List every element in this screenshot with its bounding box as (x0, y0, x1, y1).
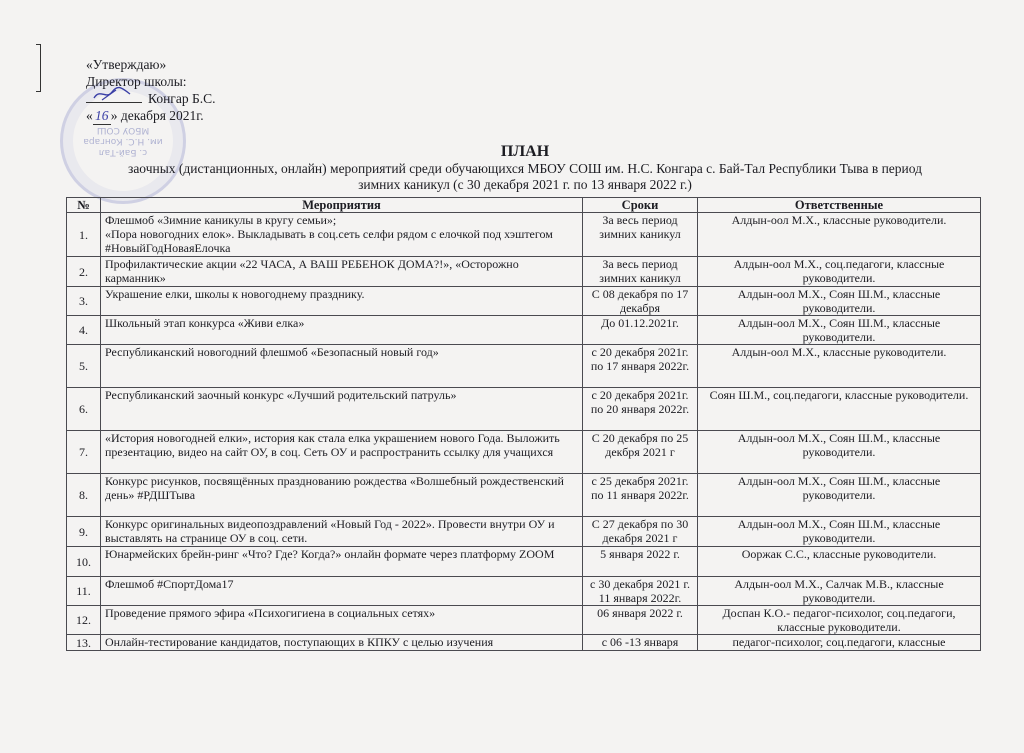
row-responsible: Алдын-оол М.Х., Соян Ш.М., классные руко… (698, 316, 981, 345)
row-event: Конкурс оригинальных видеопоздравлений «… (101, 517, 583, 547)
row-event: Проведение прямого эфира «Психогигиена в… (101, 606, 583, 635)
row-event: Школьный этап конкурса «Живи елка» (101, 316, 583, 345)
row-responsible: Алдын-оол М.Х., Соян Ш.М., классные руко… (698, 287, 981, 316)
row-dates: с 06 -13 января (583, 635, 698, 651)
table-row: 2.Профилактические акции «22 ЧАСА, А ВАШ… (67, 257, 981, 287)
row-responsible: Алдын-оол М.Х., Соян Ш.М., классные руко… (698, 431, 981, 474)
row-dates: с 25 декабря 2021г. по 11 января 2022г. (583, 474, 698, 517)
row-event: Конкурс рисунков, посвящённых празднован… (101, 474, 583, 517)
date-suffix: » декабря 2021г. (111, 108, 204, 123)
page-edge-bracket (36, 44, 41, 92)
row-responsible: педагог-психолог, соц.педагоги, классные (698, 635, 981, 651)
row-dates: с 20 декабря 2021г. по 20 января 2022г. (583, 388, 698, 431)
row-dates: 06 января 2022 г. (583, 606, 698, 635)
approval-date: «16» декабря 2021г. (86, 107, 215, 125)
signer-name: Конгар Б.С. (148, 91, 215, 106)
events-table: № Мероприятия Сроки Ответственные 1.Флеш… (66, 197, 981, 651)
row-responsible: Алдын-оол М.Х., классные руководители. (698, 213, 981, 257)
row-dates: С 20 декабря по 25 декбря 2021 г (583, 431, 698, 474)
table-row: 8.Конкурс рисунков, посвящённых празднов… (67, 474, 981, 517)
row-responsible: Ооржак С.С., классные руководители. (698, 547, 981, 577)
row-dates: До 01.12.2021г. (583, 316, 698, 345)
table-row: 7.«История новогодней елки», история как… (67, 431, 981, 474)
table-row: 1.Флешмоб «Зимние каникулы в кругу семьи… (67, 213, 981, 257)
row-responsible: Соян Ш.М., соц.педагоги, классные руково… (698, 388, 981, 431)
row-dates: С 27 декабря по 30 декабря 2021 г (583, 517, 698, 547)
row-number: 3. (67, 287, 101, 316)
row-number: 12. (67, 606, 101, 635)
row-number: 10. (67, 547, 101, 577)
row-number: 6. (67, 388, 101, 431)
plan-subtitle-2: зимних каникул (с 30 декабря 2021 г. по … (60, 177, 990, 193)
table-row: 13.Онлайн-тестирование кандидатов, посту… (67, 635, 981, 651)
row-event: «История новогодней елки», история как с… (101, 431, 583, 474)
row-dates: За весь период зимних каникул (583, 257, 698, 287)
table-row: 4.Школьный этап конкурса «Живи елка»До 0… (67, 316, 981, 345)
row-event: Флешмоб «Зимние каникулы в кругу семьи»;… (101, 213, 583, 257)
row-event: Украшение елки, школы к новогоднему праз… (101, 287, 583, 316)
approval-signature-line: Конгар Б.С. (86, 90, 215, 107)
row-event: Республиканский новогодний флешмоб «Безо… (101, 345, 583, 388)
row-number: 13. (67, 635, 101, 651)
row-event: Профилактические акции «22 ЧАСА, А ВАШ Р… (101, 257, 583, 287)
date-prefix: « (86, 108, 93, 123)
header-number: № (67, 198, 101, 213)
row-number: 9. (67, 517, 101, 547)
row-event: Республиканский заочный конкурс «Лучший … (101, 388, 583, 431)
row-responsible: Доспан К.О.- педагог-психолог, соц.педаг… (698, 606, 981, 635)
table-row: 10.Юнармейских брейн-ринг «Что? Где? Ког… (67, 547, 981, 577)
table-row: 5.Республиканский новогодний флешмоб «Бе… (67, 345, 981, 388)
row-dates: За весь период зимних каникул (583, 213, 698, 257)
row-event: Юнармейских брейн-ринг «Что? Где? Когда?… (101, 547, 583, 577)
header-events: Мероприятия (101, 198, 583, 213)
row-dates: с 20 декабря 2021г. по 17 января 2022г. (583, 345, 698, 388)
document-title: ПЛАН заочных (дистанционных, онлайн) мер… (60, 143, 990, 193)
table-row: 6.Республиканский заочный конкурс «Лучши… (67, 388, 981, 431)
stamp-text-3: МБОУ СОШ (97, 125, 149, 136)
table-row: 3.Украшение елки, школы к новогоднему пр… (67, 287, 981, 316)
row-dates: 5 января 2022 г. (583, 547, 698, 577)
header-dates: Сроки (583, 198, 698, 213)
row-event: Онлайн-тестирование кандидатов, поступаю… (101, 635, 583, 651)
row-responsible: Алдын-оол М.Х., соц.педагоги, классные р… (698, 257, 981, 287)
approval-heading: «Утверждаю» (86, 56, 215, 73)
row-responsible: Алдын-оол М.Х., классные руководители. (698, 345, 981, 388)
row-number: 4. (67, 316, 101, 345)
date-day: 16 (93, 107, 111, 125)
row-number: 7. (67, 431, 101, 474)
row-number: 11. (67, 577, 101, 606)
row-responsible: Алдын-оол М.Х., Соян Ш.М., классные руко… (698, 474, 981, 517)
plan-heading: ПЛАН (60, 143, 990, 161)
row-number: 2. (67, 257, 101, 287)
signature-field (86, 90, 142, 103)
approval-block: «Утверждаю» Директор школы: Конгар Б.С. … (86, 56, 215, 125)
row-dates: с 30 декабря 2021 г. 11 января 2022г. (583, 577, 698, 606)
row-number: 5. (67, 345, 101, 388)
row-number: 8. (67, 474, 101, 517)
row-dates: С 08 декабря по 17 декабря (583, 287, 698, 316)
header-responsible: Ответственные (698, 198, 981, 213)
row-number: 1. (67, 213, 101, 257)
row-responsible: Алдын-оол М.Х., Салчак М.В., классные ру… (698, 577, 981, 606)
table-header-row: № Мероприятия Сроки Ответственные (67, 198, 981, 213)
row-responsible: Алдын-оол М.Х., Соян Ш.М., классные руко… (698, 517, 981, 547)
table-row: 9.Конкурс оригинальных видеопоздравлений… (67, 517, 981, 547)
table-row: 12.Проведение прямого эфира «Психогигиен… (67, 606, 981, 635)
table-row: 11.Флешмоб #СпортДома17с 30 декабря 2021… (67, 577, 981, 606)
row-event: Флешмоб #СпортДома17 (101, 577, 583, 606)
signature-scribble-icon (92, 86, 132, 102)
plan-subtitle-1: заочных (дистанционных, онлайн) мероприя… (60, 161, 990, 177)
